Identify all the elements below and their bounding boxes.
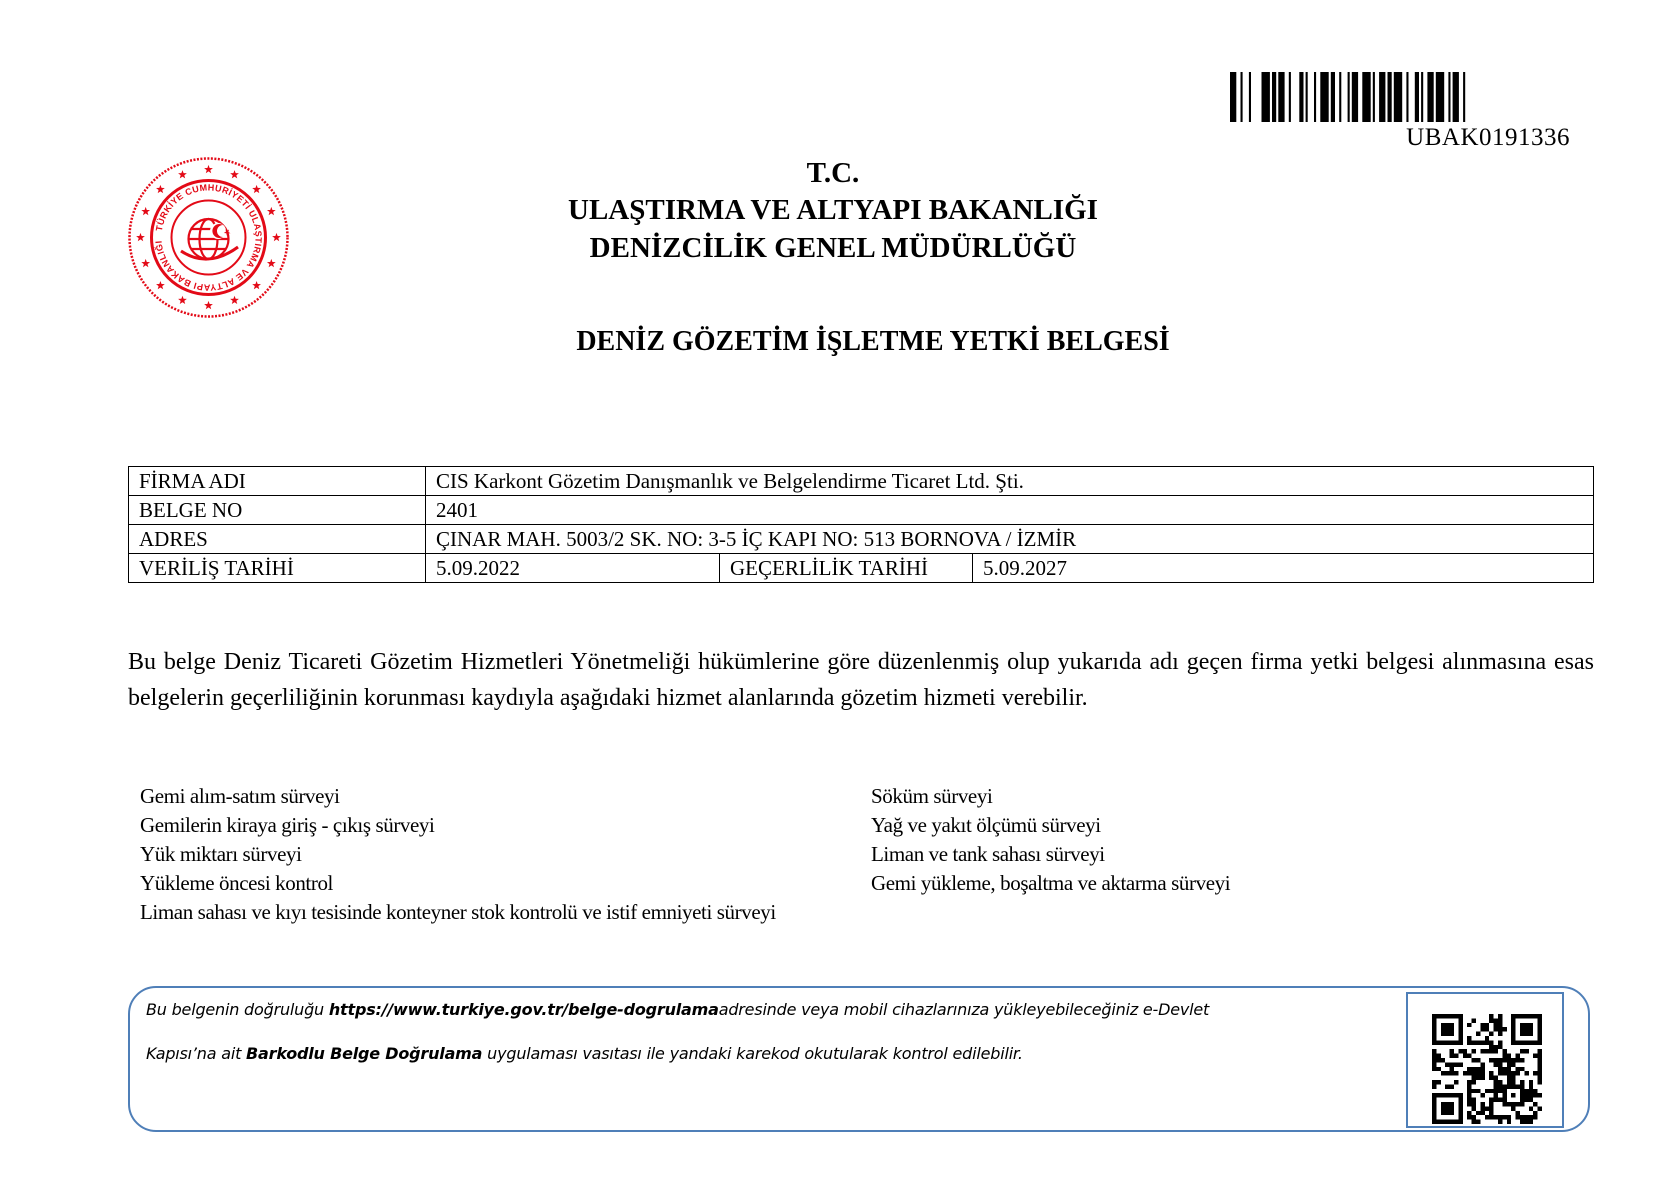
header-directorate: DENİZCİLİK GENEL MÜDÜRLÜĞÜ	[0, 232, 1666, 265]
barcode-number: UBAK0191336	[1340, 124, 1570, 152]
issue-date-label: VERİLİŞ TARİHİ	[129, 554, 426, 583]
table-row: BELGE NO 2401	[129, 496, 1594, 525]
address-label: ADRES	[129, 525, 426, 554]
verification-line-1: Bu belgenin doğruluğu https://www.turkiy…	[146, 1000, 1209, 1019]
header-tc: T.C.	[0, 157, 1666, 190]
header-ministry: ULAŞTIRMA VE ALTYAPI BAKANLIĞI	[0, 194, 1666, 227]
verification-box: Bu belgenin doğruluğu https://www.turkiy…	[128, 986, 1590, 1132]
validity-date-value: 5.09.2027	[973, 554, 1594, 583]
service-item: Gemilerin kiraya giriş - çıkış sürveyi	[140, 811, 776, 840]
cert-no-label: BELGE NO	[129, 496, 426, 525]
verification-url-link[interactable]: https://www.turkiye.gov.tr/belge-dogrula…	[329, 1000, 719, 1019]
verification-line-2-prefix: Kapısı’na ait	[146, 1044, 246, 1063]
certificate-info-table: FİRMA ADI CIS Karkont Gözetim Danışmanlı…	[128, 466, 1594, 583]
service-item: Yük miktarı sürveyi	[140, 840, 776, 869]
services-right-list: Söküm sürveyiYağ ve yakıt ölçümü sürveyi…	[871, 782, 1230, 898]
service-item: Söküm sürveyi	[871, 782, 1230, 811]
verification-line-2-suffix: uygulaması vasıtası ile yandaki karekod …	[482, 1044, 1022, 1063]
address-value: ÇINAR MAH. 5003/2 SK. NO: 3-5 İÇ KAPI NO…	[426, 525, 1594, 554]
qr-code-frame	[1406, 992, 1564, 1128]
service-item: Liman ve tank sahası sürveyi	[871, 840, 1230, 869]
service-item: Gemi yükleme, boşaltma ve aktarma sürvey…	[871, 869, 1230, 898]
document-title: DENİZ GÖZETİM İŞLETME YETKİ BELGESİ	[40, 326, 1666, 358]
service-item: Yükleme öncesi kontrol	[140, 869, 776, 898]
service-item: Liman sahası ve kıyı tesisinde konteyner…	[140, 898, 776, 927]
verification-line-1-prefix: Bu belgenin doğruluğu	[146, 1000, 329, 1019]
verification-line-2: Kapısı’na ait Barkodlu Belge Doğrulama u…	[146, 1044, 1023, 1063]
authorization-paragraph: Bu belge Deniz Ticareti Gözetim Hizmetle…	[128, 644, 1594, 716]
verification-app-name: Barkodlu Belge Doğrulama	[246, 1044, 482, 1063]
qr-code-icon[interactable]	[1432, 1014, 1542, 1124]
firm-name-label: FİRMA ADI	[129, 467, 426, 496]
validity-date-label: GEÇERLİLİK TARİHİ	[720, 554, 973, 583]
issue-date-value: 5.09.2022	[426, 554, 720, 583]
barcode-icon	[1230, 72, 1570, 122]
table-row: ADRES ÇINAR MAH. 5003/2 SK. NO: 3-5 İÇ K…	[129, 525, 1594, 554]
verification-line-1-suffix: adresinde veya mobil cihazlarınıza yükle…	[719, 1000, 1209, 1019]
service-item: Yağ ve yakıt ölçümü sürveyi	[871, 811, 1230, 840]
table-row: VERİLİŞ TARİHİ 5.09.2022 GEÇERLİLİK TARİ…	[129, 554, 1594, 583]
service-item: Gemi alım-satım sürveyi	[140, 782, 776, 811]
cert-no-value: 2401	[426, 496, 1594, 525]
services-left-list: Gemi alım-satım sürveyiGemilerin kiraya …	[140, 782, 776, 927]
firm-name-value: CIS Karkont Gözetim Danışmanlık ve Belge…	[426, 467, 1594, 496]
table-row: FİRMA ADI CIS Karkont Gözetim Danışmanlı…	[129, 467, 1594, 496]
